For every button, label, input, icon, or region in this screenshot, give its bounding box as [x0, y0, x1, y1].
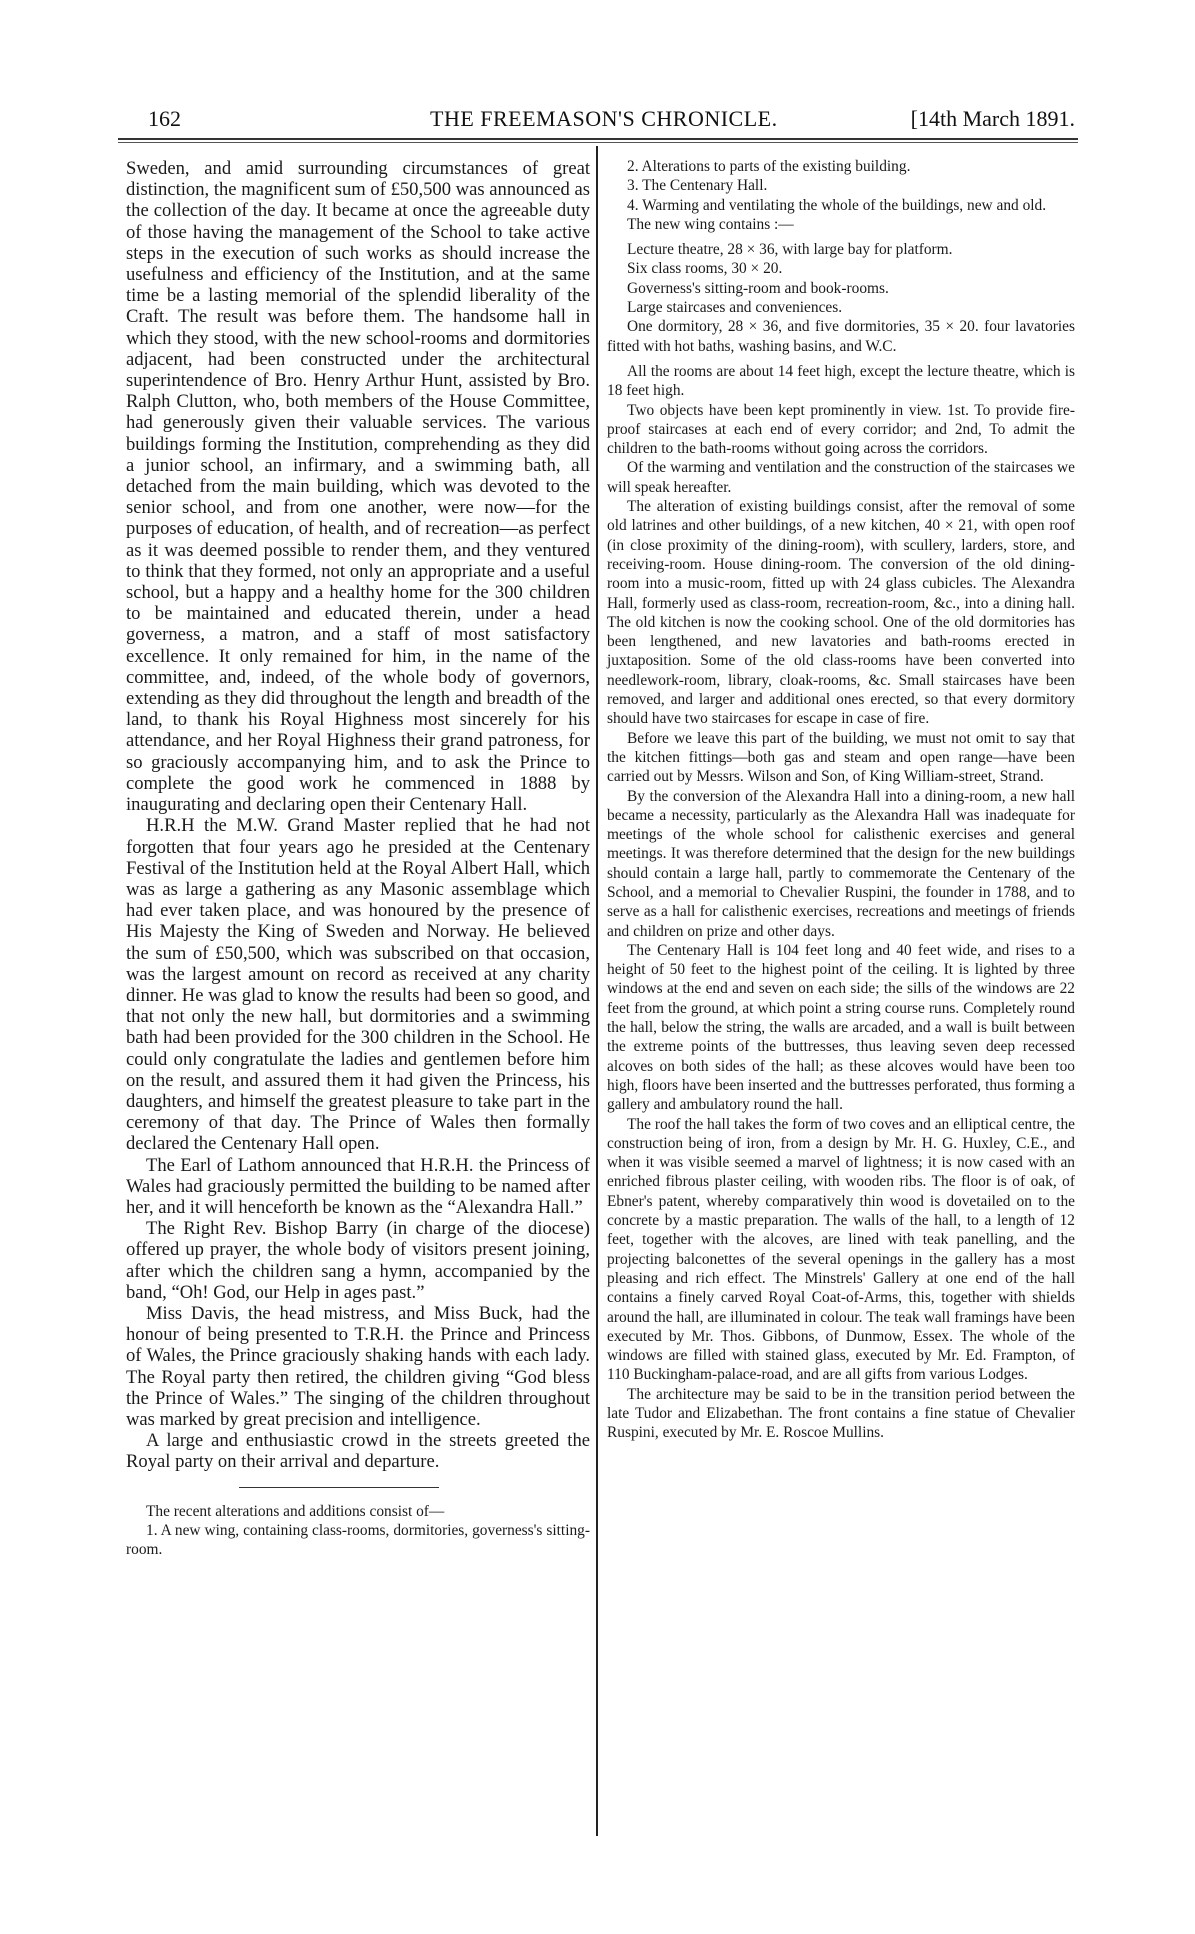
list-item: 4. Warming and ventilating the whole of …	[607, 196, 1075, 215]
paragraph: H.R.H the M.W. Grand Master replied that…	[126, 815, 590, 1154]
paragraph: Sweden, and amid surrounding circumstanc…	[126, 158, 590, 815]
left-column: Sweden, and amid surrounding circumstanc…	[126, 158, 590, 1559]
paragraph: The Earl of Lathom announced that H.R.H.…	[126, 1155, 590, 1219]
list-item: 3. The Centenary Hall.	[607, 176, 1075, 195]
list-item: Lecture theatre, 28 × 36, with large bay…	[607, 240, 1075, 259]
list-item: Governess's sitting-room and book-rooms.	[607, 279, 1075, 298]
paragraph: The Centenary Hall is 104 feet long and …	[607, 941, 1075, 1115]
paragraph: The recent alterations and additions con…	[126, 1502, 590, 1521]
header-rule	[118, 138, 1078, 140]
paragraph: Two objects have been kept prominently i…	[607, 401, 1075, 459]
paragraph: Of the warming and ventilation and the c…	[607, 458, 1075, 497]
paragraph: The Right Rev. Bishop Barry (in charge o…	[126, 1218, 590, 1303]
masthead: 162 THE FREEMASON'S CHRONICLE. [14th Mar…	[120, 106, 1075, 134]
list-item: 1. A new wing, containing class-rooms, d…	[126, 1521, 590, 1559]
paragraph: Miss Davis, the head mistress, and Miss …	[126, 1303, 590, 1430]
paragraph: By the conversion of the Alexandra Hall …	[607, 787, 1075, 941]
list-item: Six class rooms, 30 × 20.	[607, 259, 1075, 278]
paragraph: A large and enthusiastic crowd in the st…	[126, 1430, 590, 1472]
section-divider	[239, 1487, 439, 1488]
paragraph: The architecture may be said to be in th…	[607, 1385, 1075, 1443]
list-item: 2. Alterations to parts of the existing …	[607, 157, 1075, 176]
paragraph: Before we leave this part of the buildin…	[607, 729, 1075, 787]
list-item: Large staircases and conveniences.	[607, 298, 1075, 317]
column-divider	[596, 146, 598, 1836]
paragraph: The alteration of existing buildings con…	[607, 497, 1075, 729]
list-item: One dormitory, 28 × 36, and five dormito…	[607, 317, 1075, 356]
page-number: 162	[148, 106, 181, 132]
right-column: 2. Alterations to parts of the existing …	[607, 157, 1075, 1443]
paragraph: All the rooms are about 14 feet high, ex…	[607, 362, 1075, 401]
paragraph: The roof the hall takes the form of two …	[607, 1115, 1075, 1385]
subheading: The new wing contains :—	[607, 215, 1075, 234]
newspaper-page: 162 THE FREEMASON'S CHRONICLE. [14th Mar…	[0, 0, 1195, 1934]
publication-title: THE FREEMASON'S CHRONICLE.	[430, 106, 778, 132]
issue-date: [14th March 1891.	[911, 106, 1075, 132]
alterations-intro-block: The recent alterations and additions con…	[126, 1502, 590, 1559]
header-rule-thin	[118, 142, 1078, 143]
